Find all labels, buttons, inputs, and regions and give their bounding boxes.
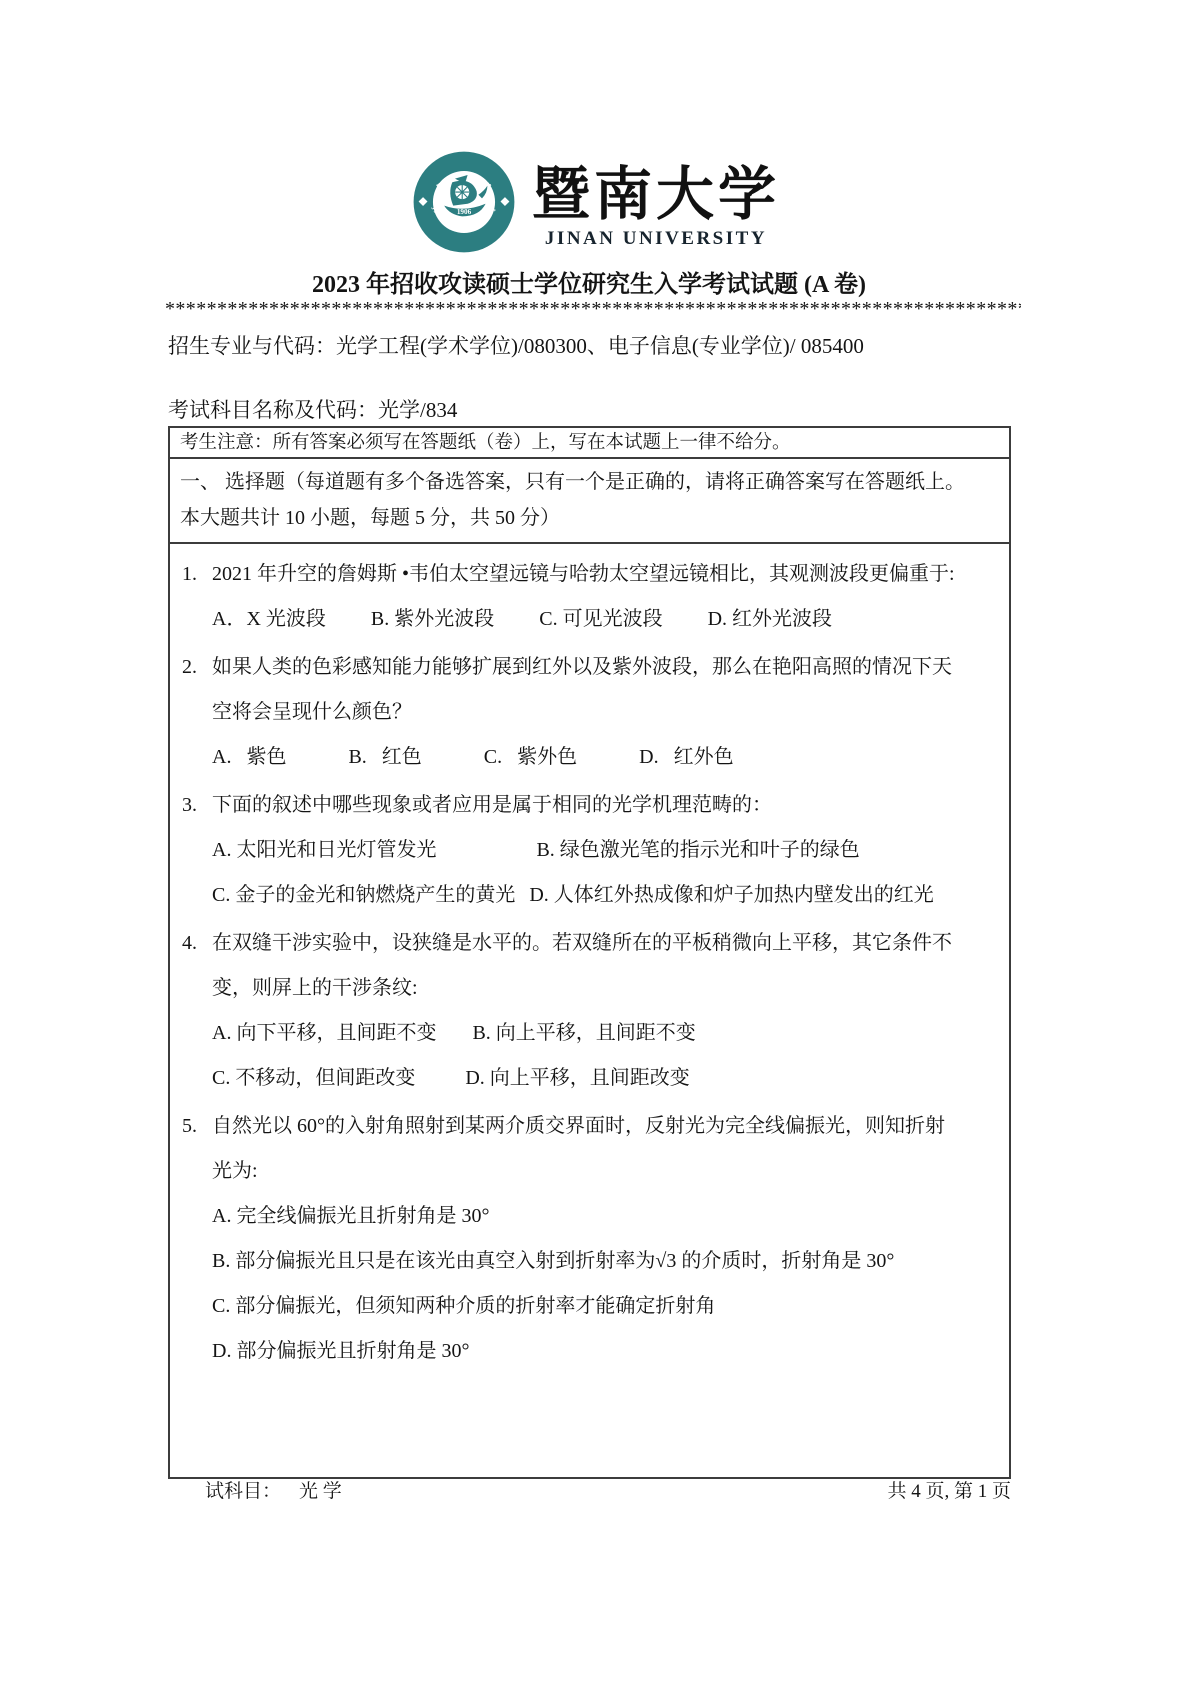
options-row: C. 不移动，但间距改变 D. 向上平移，且间距改变 xyxy=(182,1056,997,1101)
options-row: A. 完全线偏振光且折射角是 30° xyxy=(182,1194,997,1239)
option-b: B. 部分偏振光且只是在该光由真空入射到折射率为√3 的介质时，折射角是 30° xyxy=(212,1239,894,1284)
question-text-cont: 空将会呈现什么颜色？ xyxy=(182,690,997,735)
university-seal-icon: 暨 南 大 學 JINAN UNIVERSITY 1906 xyxy=(410,148,518,256)
university-name: 暨南大学 JINAN UNIVERSITY xyxy=(532,148,780,250)
university-name-en: JINAN UNIVERSITY xyxy=(545,228,767,250)
option-a: A. 完全线偏振光且折射角是 30° xyxy=(212,1194,489,1239)
option-d: D. 向上平移，且间距改变 xyxy=(465,1056,689,1101)
section-header-box: 一、 选择题（每道题有多个备选答案，只有一个是正确的，请将正确答案写在答题纸上。… xyxy=(168,459,1011,544)
section-line-2: 本大题共计 10 小题，每题 5 分，共 50 分） xyxy=(180,500,999,536)
footer-subject: 试科目： 光 学 xyxy=(168,1480,342,1504)
question-number: 1. xyxy=(182,552,212,597)
section-line-1: 一、 选择题（每道题有多个备选答案，只有一个是正确的，请将正确答案写在答题纸上。 xyxy=(180,464,999,500)
question-text-cont: 变，则屏上的干涉条纹: xyxy=(182,966,997,1011)
university-header: 暨 南 大 學 JINAN UNIVERSITY 1906 暨南大学 JINAN… xyxy=(0,148,1190,256)
options-row: A．X 光波段 B. 紫外光波段 C. 可见光波段 D. 红外光波段 xyxy=(182,597,997,642)
notice-box: 考生注意：所有答案必须写在答题纸（卷）上，写在本试题上一律不给分。 xyxy=(168,426,1011,459)
exam-paper-page: 暨 南 大 學 JINAN UNIVERSITY 1906 暨南大学 JINAN… xyxy=(0,0,1190,1683)
options-row: D. 部分偏振光且折射角是 30° xyxy=(182,1329,997,1374)
page-footer: 试科目： 光 学 共 4 页, 第 1 页 xyxy=(168,1480,1011,1504)
question-text: 在双缝干涉实验中，设狭缝是水平的。若双缝所在的平板稍微向上平移，其它条件不 xyxy=(212,921,952,966)
question-text: 2021 年升空的詹姆斯 •韦伯太空望远镜与哈勃太空望远镜相比，其观测波段更偏重… xyxy=(212,552,955,597)
option-d: D. 部分偏振光且折射角是 30° xyxy=(212,1329,469,1374)
question-1: 1. 2021 年升空的詹姆斯 •韦伯太空望远镜与哈勃太空望远镜相比，其观测波段… xyxy=(182,552,997,642)
question-2: 2. 如果人类的色彩感知能力能够扩展到红外以及紫外波段，那么在艳阳高照的情况下天… xyxy=(182,645,997,780)
footer-subject-value: 光 学 xyxy=(299,1480,342,1504)
question-number: 2. xyxy=(182,645,212,690)
question-text: 如果人类的色彩感知能力能够扩展到红外以及紫外波段，那么在艳阳高照的情况下天 xyxy=(212,645,952,690)
question-number: 3. xyxy=(182,783,212,828)
questions-box: 1. 2021 年升空的詹姆斯 •韦伯太空望远镜与哈勃太空望远镜相比，其观测波段… xyxy=(168,544,1011,1479)
option-c: C. 不移动，但间距改变 xyxy=(212,1056,415,1101)
options-row: C. 部分偏振光，但须知两种介质的折射率才能确定折射角 xyxy=(182,1284,997,1329)
option-d: D. 红外色 xyxy=(639,735,733,780)
question-5: 5. 自然光以 60°的入射角照射到某两介质交界面时，反射光为完全线偏振光，则知… xyxy=(182,1104,997,1374)
option-c: C. 可见光波段 xyxy=(539,597,662,642)
exam-title: 2023 年招收攻读硕士学位研究生入学考试试题 (A 卷) xyxy=(168,264,1010,299)
option-a: A．X 光波段 xyxy=(212,597,326,642)
options-row: A. 紫色 B. 红色 C. 紫外色 D. 红外色 xyxy=(182,735,997,780)
options-row: A. 太阳光和日光灯管发光 B. 绿色激光笔的指示光和叶子的绿色 xyxy=(182,828,997,873)
university-name-cn: 暨南大学 xyxy=(532,162,780,228)
option-c: C. 金子的金光和钠燃烧产生的黄光 xyxy=(212,873,515,918)
option-a: A. 向下平移，且间距不变 xyxy=(212,1011,436,1056)
question-4: 4. 在双缝干涉实验中，设狭缝是水平的。若双缝所在的平板稍微向上平移，其它条件不… xyxy=(182,921,997,1101)
separator-asterisks: ****************************************… xyxy=(165,298,1021,322)
question-text: 自然光以 60°的入射角照射到某两介质交界面时，反射光为完全线偏振光，则知折射 xyxy=(212,1104,945,1149)
options-row: A. 向下平移，且间距不变 B. 向上平移，且间距不变 xyxy=(182,1011,997,1056)
option-c: C. 紫外色 xyxy=(484,735,577,780)
question-text-cont: 光为: xyxy=(182,1149,997,1194)
option-d: D. 人体红外热成像和炉子加热内壁发出的红光 xyxy=(529,873,933,918)
option-a: A. 太阳光和日光灯管发光 xyxy=(212,828,436,873)
footer-subject-label: 试科目： xyxy=(205,1480,281,1504)
question-3: 3. 下面的叙述中哪些现象或者应用是属于相同的光学机理范畴的： A. 太阳光和日… xyxy=(182,783,997,918)
exam-body: 考生注意：所有答案必须写在答题纸（卷）上，写在本试题上一律不给分。 一、 选择题… xyxy=(168,426,1011,1479)
question-number: 5. xyxy=(182,1104,212,1149)
footer-page-indicator: 共 4 页, 第 1 页 xyxy=(887,1480,1011,1504)
question-number: 4. xyxy=(182,921,212,966)
option-b: B. 绿色激光笔的指示光和叶子的绿色 xyxy=(536,828,859,873)
major-code-line: 招生专业与代码：光学工程(学术学位)/080300、电子信息(专业学位)/ 08… xyxy=(168,330,864,360)
question-text: 下面的叙述中哪些现象或者应用是属于相同的光学机理范畴的： xyxy=(212,783,772,828)
options-row: C. 金子的金光和钠燃烧产生的黄光 D. 人体红外热成像和炉子加热内壁发出的红光 xyxy=(182,873,997,918)
option-c: C. 部分偏振光，但须知两种介质的折射率才能确定折射角 xyxy=(212,1284,715,1329)
option-b: B. 红色 xyxy=(348,735,421,780)
options-row: B. 部分偏振光且只是在该光由真空入射到折射率为√3 的介质时，折射角是 30° xyxy=(182,1239,997,1284)
option-b: B. 紫外光波段 xyxy=(371,597,494,642)
option-b: B. 向上平移，且间距不变 xyxy=(472,1011,695,1056)
svg-text:1906: 1906 xyxy=(457,208,472,216)
subject-code-line: 考试科目名称及代码：光学/834 xyxy=(168,394,457,424)
option-d: D. 红外光波段 xyxy=(708,597,832,642)
option-a: A. 紫色 xyxy=(212,735,286,780)
